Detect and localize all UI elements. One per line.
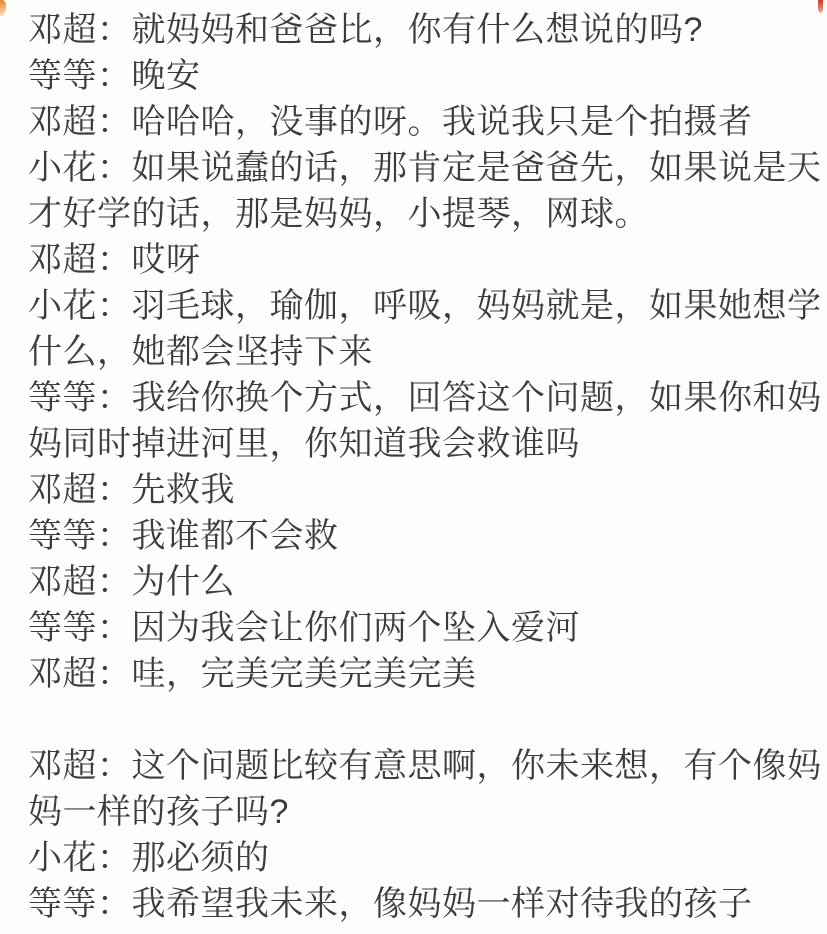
- dialogue-line: 小花：如果说蠢的话，那肯定是爸爸先，如果说是天: [28, 145, 811, 191]
- cropped-emoji-fragment-right-icon: [818, 0, 823, 13]
- dialogue-line: 等等：因为我会让你们两个坠入爱河: [28, 605, 811, 651]
- dialogue-transcript: 邓超：就妈妈和爸爸比，你有什么想说的吗? 等等：晚安 邓超：哈哈哈，没事的呀。我…: [0, 0, 827, 927]
- dialogue-line-wrap: 什么，她都会坚持下来: [28, 329, 811, 375]
- dialogue-line: 小花：那必须的: [28, 835, 811, 881]
- dialogue-line-wrap: 妈一样的孩子吗?: [28, 789, 811, 835]
- dialogue-line-wrap: 妈同时掉进河里，你知道我会救谁吗: [28, 421, 811, 467]
- dialogue-line: 邓超：哈哈哈，没事的呀。我说我只是个拍摄者: [28, 99, 811, 145]
- dialogue-line: 邓超：先救我: [28, 467, 811, 513]
- dialogue-line: 邓超：就妈妈和爸爸比，你有什么想说的吗?: [28, 7, 811, 53]
- dialogue-line: 邓超：哎呀: [28, 237, 811, 283]
- dialogue-line: 邓超：哇，完美完美完美完美: [28, 651, 811, 697]
- dialogue-line: 邓超：为什么: [28, 559, 811, 605]
- dialogue-line: 等等：晚安: [28, 53, 811, 99]
- dialogue-line-wrap: 才好学的话，那是妈妈，小提琴，网球。: [28, 191, 811, 237]
- dialogue-line: 等等：我谁都不会救: [28, 513, 811, 559]
- dialogue-line: 小花：羽毛球，瑜伽，呼吸，妈妈就是，如果她想学: [28, 283, 811, 329]
- dialogue-line: 等等：我希望我未来，像妈妈一样对待我的孩子: [28, 881, 811, 927]
- dialogue-line: 邓超：这个问题比较有意思啊，你未来想，有个像妈: [28, 743, 811, 789]
- dialogue-line: 等等：我给你换个方式，回答这个问题，如果你和妈: [28, 375, 811, 421]
